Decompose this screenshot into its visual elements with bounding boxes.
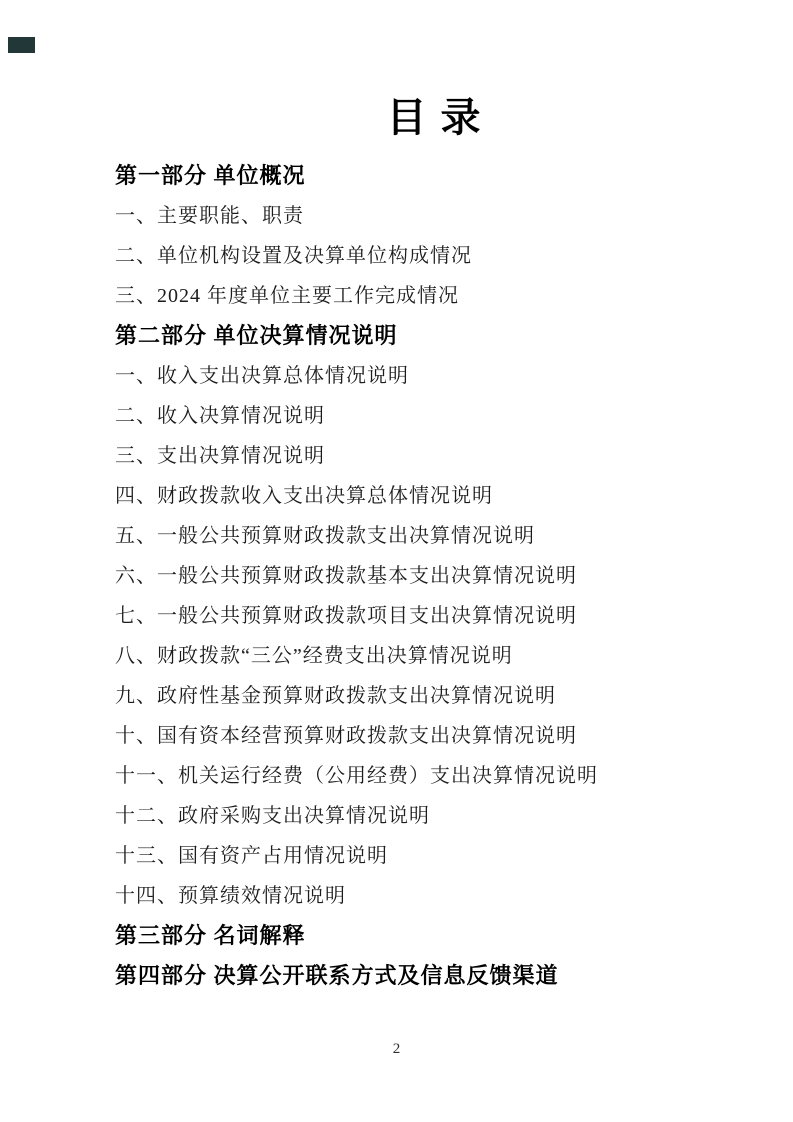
toc-item: 十一、机关运行经费（公用经费）支出决算情况说明 — [115, 756, 715, 796]
toc-item: 四、财政拨款收入支出决算总体情况说明 — [115, 476, 715, 516]
toc-item: 三、支出决算情况说明 — [115, 436, 715, 476]
page-title: 目 录 — [38, 86, 793, 143]
document-page: 目 录 第一部分 单位概况 一、主要职能、职责 二、单位机构设置及决算单位构成情… — [0, 0, 793, 1122]
toc-item: 二、单位机构设置及决算单位构成情况 — [115, 236, 715, 276]
toc-item: 二、收入决算情况说明 — [115, 396, 715, 436]
table-of-contents: 第一部分 单位概况 一、主要职能、职责 二、单位机构设置及决算单位构成情况 三、… — [115, 156, 715, 996]
toc-heading-part4: 第四部分 决算公开联系方式及信息反馈渠道 — [115, 956, 715, 996]
toc-item: 六、一般公共预算财政拨款基本支出决算情况说明 — [115, 556, 715, 596]
toc-heading-part2: 第二部分 单位决算情况说明 — [115, 316, 715, 356]
toc-item: 七、一般公共预算财政拨款项目支出决算情况说明 — [115, 596, 715, 636]
toc-heading-part3: 第三部分 名词解释 — [115, 916, 715, 956]
toc-item: 三、2024 年度单位主要工作完成情况 — [115, 276, 715, 316]
toc-heading-part1: 第一部分 单位概况 — [115, 156, 715, 196]
toc-item: 八、财政拨款“三公”经费支出决算情况说明 — [115, 636, 715, 676]
toc-item: 十三、国有资产占用情况说明 — [115, 836, 715, 876]
page-number: 2 — [0, 1041, 793, 1058]
toc-item: 一、收入支出决算总体情况说明 — [115, 356, 715, 396]
toc-item: 一、主要职能、职责 — [115, 196, 715, 236]
toc-item: 十二、政府采购支出决算情况说明 — [115, 796, 715, 836]
corner-artifact-mark — [8, 37, 35, 53]
toc-item: 五、一般公共预算财政拨款支出决算情况说明 — [115, 516, 715, 556]
toc-item: 十、国有资本经营预算财政拨款支出决算情况说明 — [115, 716, 715, 756]
toc-item: 九、政府性基金预算财政拨款支出决算情况说明 — [115, 676, 715, 716]
toc-item: 十四、预算绩效情况说明 — [115, 876, 715, 916]
